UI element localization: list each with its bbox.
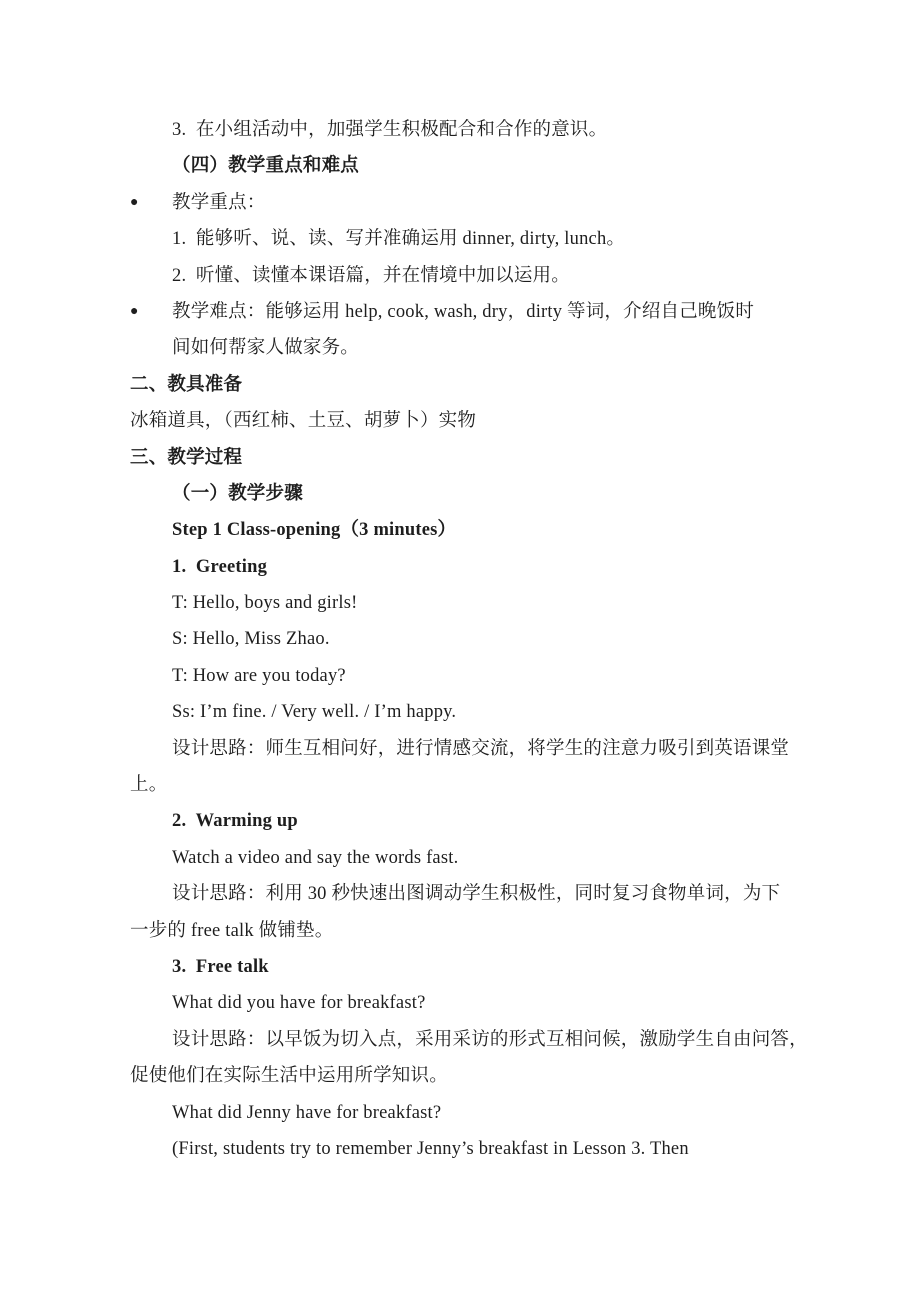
section-heading: 二、教具准备 — [0, 367, 920, 403]
dialogue-line: T: Hello, boys and girls! — [0, 585, 920, 621]
doc-line: What did Jenny have for breakfast? — [0, 1095, 920, 1131]
line-text: Step 1 Class-opening（3 minutes） — [172, 520, 456, 540]
line-text: 1. Greeting — [172, 557, 267, 577]
document-page: 3. 在小组活动中，加强学生积极配合和合作的意识。 （四）教学重点和难点 ●教学… — [0, 0, 920, 1302]
line-text: What did you have for breakfast? — [172, 993, 425, 1013]
doc-line: 1. 能够听、说、读、写并准确运用 dinner, dirty, lunch。 — [0, 221, 920, 257]
line-text: 设计思路：以早饭为切入点，采用采访的形式互相问候，激励学生自由问答， — [172, 1030, 808, 1050]
line-text: Ss: I’m fine. / Very well. / I’m happy. — [172, 702, 456, 722]
line-text: 三、教学过程 — [130, 448, 242, 468]
step-heading: Step 1 Class-opening（3 minutes） — [0, 512, 920, 548]
line-text: S: Hello, Miss Zhao. — [172, 629, 330, 649]
line-text: 2. 听懂、读懂本课语篇，并在情境中加以运用。 — [172, 266, 570, 286]
doc-line: 设计思路：师生互相问好，进行情感交流，将学生的注意力吸引到英语课堂 — [0, 731, 920, 767]
line-text: 冰箱道具，（西红柿、土豆、胡萝卜）实物 — [130, 411, 476, 431]
line-text: T: How are you today? — [172, 666, 346, 686]
bullet-icon: ● — [130, 294, 139, 330]
section-heading: （四）教学重点和难点 — [0, 148, 920, 184]
page-content: 3. 在小组活动中，加强学生积极配合和合作的意识。 （四）教学重点和难点 ●教学… — [0, 112, 920, 1167]
line-text: 促使他们在实际生活中运用所学知识。 — [130, 1066, 448, 1086]
line-text: 3. 在小组活动中，加强学生积极配合和合作的意识。 — [172, 120, 607, 140]
line-text: Watch a video and say the words fast. — [172, 848, 458, 868]
line-text: (First, students try to remember Jenny’s… — [172, 1139, 689, 1159]
doc-line: 一步的 free talk 做铺垫。 — [0, 913, 920, 949]
step-subheading: 3. Free talk — [0, 949, 920, 985]
doc-line: 设计思路：利用 30 秒快速出图调动学生积极性，同时复习食物单词，为下 — [0, 876, 920, 912]
section-heading: 三、教学过程 — [0, 440, 920, 476]
doc-line: 上。 — [0, 767, 920, 803]
step-subheading: 1. Greeting — [0, 549, 920, 585]
bullet-icon: ● — [130, 185, 139, 221]
section-heading: （一）教学步骤 — [0, 476, 920, 512]
doc-line: 促使他们在实际生活中运用所学知识。 — [0, 1058, 920, 1094]
dialogue-line: T: How are you today? — [0, 658, 920, 694]
line-text: 间如何帮家人做家务。 — [172, 338, 359, 358]
bullet-item: ●教学难点：能够运用 help, cook, wash, dry，dirty 等… — [0, 294, 920, 330]
doc-line: 3. 在小组活动中，加强学生积极配合和合作的意识。 — [0, 112, 920, 148]
bullet-item: ●教学重点： — [0, 185, 920, 221]
doc-line: 设计思路：以早饭为切入点，采用采访的形式互相问候，激励学生自由问答， — [0, 1022, 920, 1058]
line-text: 上。 — [130, 775, 167, 795]
doc-line: 间如何帮家人做家务。 — [0, 330, 920, 366]
dialogue-line: S: Hello, Miss Zhao. — [0, 621, 920, 657]
doc-line: 冰箱道具，（西红柿、土豆、胡萝卜）实物 — [0, 403, 920, 439]
line-text: 一步的 free talk 做铺垫。 — [130, 921, 333, 941]
line-text: 教学难点：能够运用 help, cook, wash, dry，dirty 等词… — [172, 302, 754, 322]
doc-line: What did you have for breakfast? — [0, 985, 920, 1021]
step-subheading: 2. Warming up — [0, 803, 920, 839]
dialogue-line: Ss: I’m fine. / Very well. / I’m happy. — [0, 694, 920, 730]
line-text: 3. Free talk — [172, 957, 269, 977]
line-text: 1. 能够听、说、读、写并准确运用 dinner, dirty, lunch。 — [172, 229, 625, 249]
doc-line: (First, students try to remember Jenny’s… — [0, 1131, 920, 1167]
line-text: 设计思路：利用 30 秒快速出图调动学生积极性，同时复习食物单词，为下 — [172, 884, 780, 904]
line-text: （一）教学步骤 — [172, 484, 303, 504]
line-text: 设计思路：师生互相问好，进行情感交流，将学生的注意力吸引到英语课堂 — [172, 739, 789, 759]
line-text: 教学重点： — [172, 193, 266, 213]
line-text: （四）教学重点和难点 — [172, 156, 359, 176]
line-text: 二、教具准备 — [130, 375, 242, 395]
line-text: T: Hello, boys and girls! — [172, 593, 357, 613]
line-text: 2. Warming up — [172, 811, 298, 831]
line-text: What did Jenny have for breakfast? — [172, 1103, 441, 1123]
doc-line: 2. 听懂、读懂本课语篇，并在情境中加以运用。 — [0, 258, 920, 294]
doc-line: Watch a video and say the words fast. — [0, 840, 920, 876]
